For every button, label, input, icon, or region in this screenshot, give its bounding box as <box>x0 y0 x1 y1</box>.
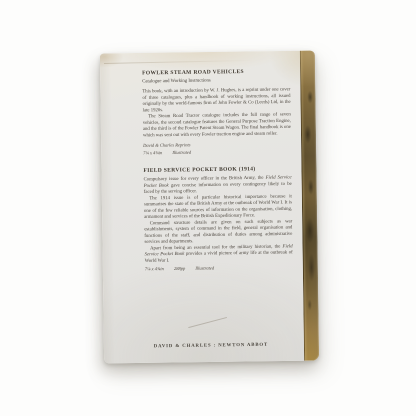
field-service-paragraph-2: The 1914 issue is of particular historic… <box>144 193 292 220</box>
field-service-paragraph-4: Apart from being an essential tool for t… <box>145 243 293 264</box>
tanned-page-edge <box>300 51 319 361</box>
fowler-imprint-line: David & Charles Reprints <box>143 141 291 148</box>
field-service-pages: 288pp <box>174 266 185 271</box>
section-fowler: FOWLER STEAM ROAD VEHICLES Catalogue and… <box>142 68 291 156</box>
cover-crease <box>104 60 254 64</box>
fowler-subtitle: Catalogue and Working Instructions <box>142 77 290 84</box>
book-back-cover: FOWLER STEAM ROAD VEHICLES Catalogue and… <box>100 51 319 364</box>
field-service-title: FIELD SERVICE POCKET BOOK (1914) <box>143 165 291 173</box>
field-service-size: 7¼ x 4¾in <box>145 266 164 271</box>
fowler-title: FOWLER STEAM ROAD VEHICLES <box>142 68 290 76</box>
section-field-service: FIELD SERVICE POCKET BOOK (1914) Compuls… <box>143 165 292 271</box>
publisher-name: DAVID & CHARLES : NEWTON ABBOT <box>154 342 268 349</box>
field-service-paragraph-3: Command structure details are given on s… <box>144 218 292 245</box>
cover-scratch <box>188 317 227 328</box>
publisher-imprint: DAVID & CHARLES : NEWTON ABBOT <box>132 339 290 350</box>
field-service-specs-line: 7¼ x 4¾in 288pp Illustrated <box>145 264 293 271</box>
fowler-illustrated: Illustrated <box>172 150 191 155</box>
photo-background: FOWLER STEAM ROAD VEHICLES Catalogue and… <box>0 0 416 416</box>
field-service-illustrated: Illustrated <box>195 265 214 270</box>
fowler-specs-line: 7¼ x 4¾in Illustrated <box>143 148 291 155</box>
fowler-size: 7¼ x 4¾in <box>143 150 162 155</box>
fowler-paragraph-1: This book, with an introduction by W. J.… <box>142 86 290 113</box>
fowler-paragraph-2: The Steam Road Tractor catalogue include… <box>143 111 291 138</box>
field-service-paragraph-1: Compulsory issue for every officer in th… <box>144 174 292 195</box>
jacket-blurb: FOWLER STEAM ROAD VEHICLES Catalogue and… <box>142 68 293 272</box>
